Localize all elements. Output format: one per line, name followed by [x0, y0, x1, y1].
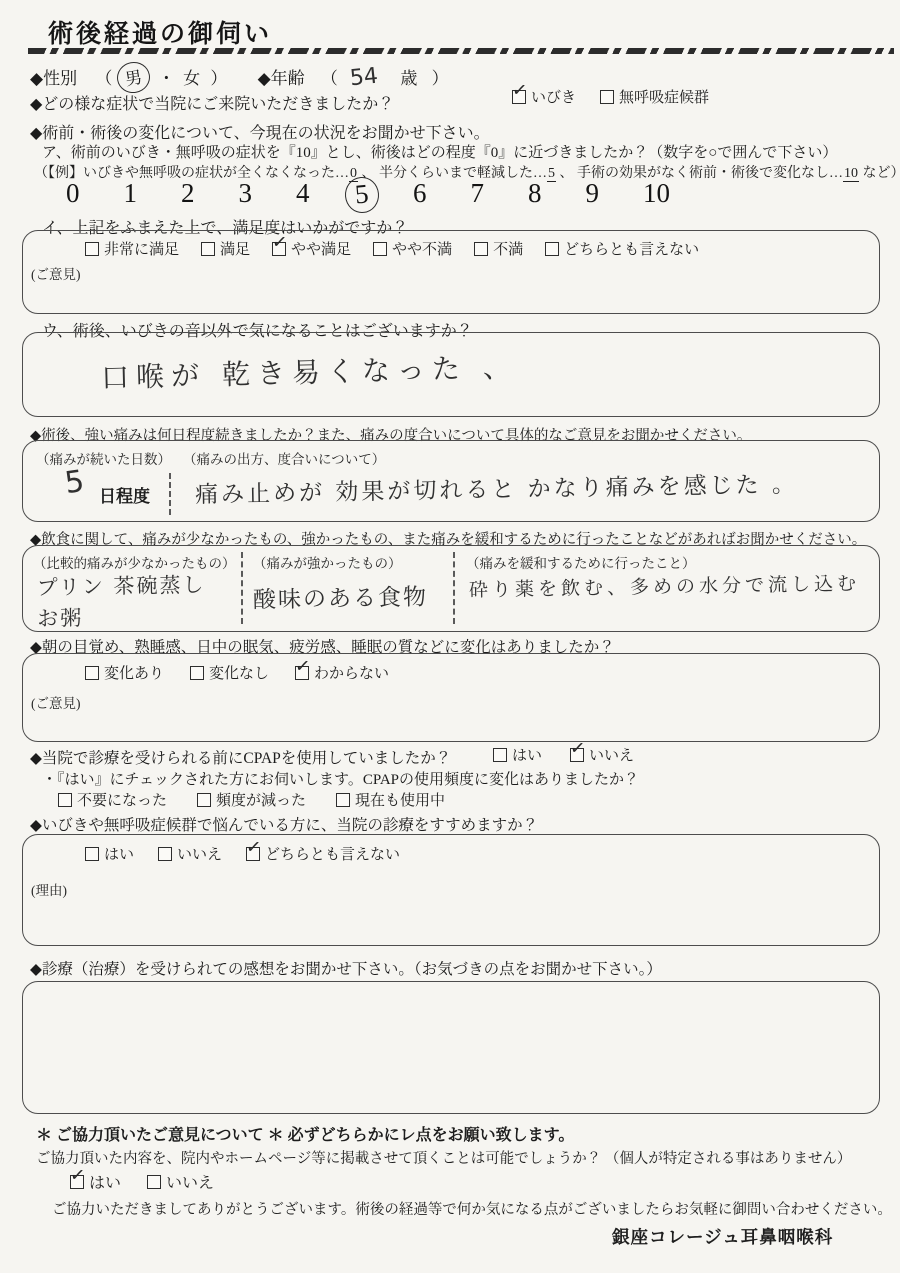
option-apnea: 無呼吸症候群: [600, 86, 709, 107]
option-label: 不満: [493, 238, 523, 259]
pain-days-unit: 日程度: [99, 482, 150, 507]
recommend-reason-box[interactable]: はい いいえ どちらとも言えない (理由): [22, 834, 880, 946]
cpap-followup-options: 不要になった 頻度が減った 現在も使用中: [58, 789, 445, 810]
sleep-comment-box[interactable]: 変化あり 変化なし わからない (ご意見): [22, 653, 880, 742]
eating-col2-label: （痛みが強かったもの）: [253, 552, 402, 572]
option-no: いいえ: [158, 843, 222, 864]
checkbox-icon[interactable]: [474, 242, 488, 256]
comment-label: (ご意見): [31, 263, 81, 283]
gender-option-female[interactable]: 女: [183, 69, 200, 88]
gender-paren-open: （: [95, 69, 112, 88]
cpap-question: ◆当院で診療を受けられる前にCPAPを使用していましたか？: [30, 746, 451, 768]
option-label: どちらとも言えない: [265, 843, 400, 864]
comment-label: (ご意見): [31, 692, 81, 712]
checkbox-icon[interactable]: [201, 242, 215, 256]
option-somewhat-dissatisfied: やや不満: [373, 238, 452, 259]
column-divider: [241, 552, 243, 624]
gender-separator: ・: [158, 69, 175, 88]
thanks-message: ご協力いただきましてありがとうございます。術後の経過等で何か気になる点がございま…: [52, 1198, 892, 1219]
concerns-answer-box[interactable]: 口喉が 乾き易くなった 、: [22, 332, 880, 417]
questionnaire-form: 術後経過の御伺い ◆性別 （ 男 ・ 女 ） ◆年齢 （ 54 歳 ） ◆どの様…: [0, 0, 900, 1273]
checkbox-icon[interactable]: [373, 242, 387, 256]
dashed-divider: [28, 48, 894, 54]
checkbox-icon[interactable]: [197, 793, 211, 807]
scale-10[interactable]: 10: [643, 178, 670, 211]
checkbox-icon[interactable]: [336, 793, 350, 807]
age-value-handwritten: 54: [349, 64, 379, 92]
example-value-10: 10: [843, 166, 859, 182]
option-satisfied: 満足: [201, 238, 250, 259]
reason-label: (理由): [31, 879, 67, 899]
option-no-change: 変化なし: [190, 662, 269, 683]
eating-col1-answer-handwritten: プリン 茶碗蒸し お粥: [36, 569, 235, 634]
example-text: など）: [859, 166, 900, 181]
option-label: いいえ: [166, 1170, 214, 1193]
eating-col3-answer-handwritten: 砕り薬を飲む、多めの水分で流し込む: [469, 569, 860, 603]
checkbox-icon[interactable]: [295, 666, 309, 680]
consent-question: ご協力頂いた内容を、院内やホームページ等に掲載させて頂くことは可能でしょうか？ …: [36, 1147, 851, 1168]
consent-heading: ＊ ご協力頂いたご意見について ＊ 必ずどちらかにレ点をお願い致します。: [36, 1122, 574, 1145]
option-dissatisfied: 不満: [474, 238, 523, 259]
option-label: いいえ: [177, 843, 222, 864]
column-divider: [169, 473, 171, 515]
scale-0[interactable]: 0: [66, 178, 80, 211]
option-neither: どちらとも言えない: [545, 238, 699, 259]
option-label: やや不満: [392, 238, 452, 259]
option-label: 現在も使用中: [355, 789, 445, 810]
scale-4[interactable]: 4: [296, 178, 310, 211]
option-label: はい: [104, 843, 134, 864]
option-label: 不要になった: [77, 789, 167, 810]
rating-scale: 0 1 2 3 4 5 6 7 8 9 10: [66, 178, 670, 211]
concerns-answer-handwritten: 口喉が 乾き易くなった 、: [101, 346, 519, 397]
pain-days-value-handwritten: 5: [63, 464, 87, 501]
checkbox-icon[interactable]: [272, 242, 286, 256]
age-paren-open: （: [321, 69, 338, 88]
recommend-options: はい いいえ どちらとも言えない: [85, 843, 400, 864]
option-very-satisfied: 非常に満足: [85, 238, 179, 259]
checkbox-apnea-icon[interactable]: [600, 90, 614, 104]
option-snoring: いびき: [512, 86, 576, 107]
option-label: どちらとも言えない: [564, 238, 699, 259]
sleep-options: 変化あり 変化なし わからない: [85, 662, 389, 683]
checkbox-icon[interactable]: [158, 847, 172, 861]
checkbox-icon[interactable]: [58, 793, 72, 807]
option-label: やや満足: [291, 238, 351, 259]
scale-8[interactable]: 8: [528, 178, 542, 211]
option-no-longer-needed: 不要になった: [58, 789, 167, 810]
checkbox-snoring-icon[interactable]: [512, 90, 526, 104]
checkbox-icon[interactable]: [85, 666, 99, 680]
checkbox-icon[interactable]: [147, 1175, 161, 1189]
gender-label: ◆性別: [30, 69, 77, 88]
option-still-using: 現在も使用中: [336, 789, 445, 810]
option-yes: はい: [85, 843, 134, 864]
impressions-answer-box[interactable]: [22, 981, 880, 1114]
option-yes: はい: [493, 744, 542, 765]
change-heading: ◆術前・術後の変化について、今現在の状況をお聞かせ下さい。: [30, 120, 490, 143]
impressions-question: ◆診療（治療）を受けられての感想をお聞かせ下さい。（お気づきの点をお聞かせ下さい…: [30, 957, 662, 979]
checkbox-icon[interactable]: [545, 242, 559, 256]
option-changed: 変化あり: [85, 662, 164, 683]
column-divider: [453, 552, 455, 624]
option-label: 非常に満足: [104, 238, 179, 259]
checkbox-icon[interactable]: [190, 666, 204, 680]
cpap-followup-question: ・『はい』にチェックされた方にお伺いします。CPAPの使用頻度に変化はありました…: [42, 768, 639, 789]
option-label: 頻度が減った: [216, 789, 306, 810]
gender-paren-close: ）: [210, 69, 227, 88]
recommend-question: ◆いびきや無呼吸症候群で悩んでいる方に、当院の診療をすすめますか？: [30, 813, 538, 835]
option-label: いびき: [531, 86, 576, 107]
eating-col2-answer-handwritten: 酸味のある食物: [253, 578, 429, 614]
option-label: わからない: [314, 662, 389, 683]
checkbox-icon[interactable]: [70, 1175, 84, 1189]
scale-9[interactable]: 9: [586, 178, 600, 211]
option-label: 変化なし: [209, 662, 269, 683]
pain-detail-answer-handwritten: 痛み止めが 効果が切れると かなり痛みを感じた 。: [195, 466, 798, 510]
option-somewhat-satisfied: やや満足: [272, 238, 351, 259]
consent-options: はい いいえ: [70, 1170, 214, 1193]
page-title: 術後経過の御伺い: [48, 14, 272, 50]
clinic-name: 銀座コレージュ耳鼻咽喉科: [612, 1224, 833, 1249]
profile-row: ◆性別 （ 男 ・ 女 ） ◆年齢 （ 54 歳 ）: [30, 62, 449, 93]
age-unit: 歳: [400, 69, 417, 88]
scale-7[interactable]: 7: [471, 178, 485, 211]
checkbox-icon[interactable]: [85, 847, 99, 861]
option-label: 変化あり: [104, 662, 164, 683]
age-paren-close: ）: [432, 69, 449, 88]
option-label: はい: [512, 744, 542, 765]
option-no: いいえ: [570, 744, 634, 765]
option-label: 無呼吸症候群: [619, 86, 709, 107]
scale-2[interactable]: 2: [181, 178, 195, 211]
scale-6[interactable]: 6: [413, 178, 427, 211]
satisfaction-comment-box[interactable]: 非常に満足 満足 やや満足 やや不満 不満 どちらとも言えない: [22, 230, 880, 314]
checkbox-icon[interactable]: [246, 847, 260, 861]
scale-3[interactable]: 3: [239, 178, 253, 211]
satisfaction-options: 非常に満足 満足 やや満足 やや不満 不満 どちらとも言えない: [85, 238, 699, 259]
option-label: 満足: [220, 238, 250, 259]
age-label: ◆年齢: [258, 69, 305, 88]
checkbox-icon[interactable]: [493, 748, 507, 762]
option-neither: どちらとも言えない: [246, 843, 400, 864]
option-reduced-frequency: 頻度が減った: [197, 789, 306, 810]
change-sub-question: ア、術前のいびき・無呼吸の症状を『10』とし、術後はどの程度『0』に近づきました…: [42, 141, 837, 162]
eating-answer-box[interactable]: （比較的痛みが少なかったもの） （痛みが強かったもの） （痛みを緩和するために行…: [22, 545, 880, 632]
scale-1[interactable]: 1: [124, 178, 138, 211]
symptom-options: いびき 無呼吸症候群: [512, 86, 709, 107]
cpap-options: はい いいえ: [493, 744, 634, 765]
option-unknown: わからない: [295, 662, 389, 683]
pain-detail-label: （痛みの出方、度合いについて）: [183, 448, 385, 468]
symptom-question: ◆どの様な症状で当院にご来院いただきましたか？: [30, 91, 394, 114]
checkbox-icon[interactable]: [570, 748, 584, 762]
pain-answer-box[interactable]: （痛みが続いた日数） （痛みの出方、度合いについて） 5 日程度 痛み止めが 効…: [22, 440, 880, 522]
checkbox-icon[interactable]: [85, 242, 99, 256]
option-no: いいえ: [147, 1170, 214, 1193]
scale-5-selected[interactable]: 5: [343, 176, 380, 215]
option-yes: はい: [70, 1170, 121, 1193]
option-label: いいえ: [589, 744, 634, 765]
pain-days-label: （痛みが続いた日数）: [36, 448, 171, 468]
option-label: はい: [89, 1170, 121, 1193]
eating-col3-label: （痛みを緩和するために行ったこと）: [466, 552, 696, 572]
